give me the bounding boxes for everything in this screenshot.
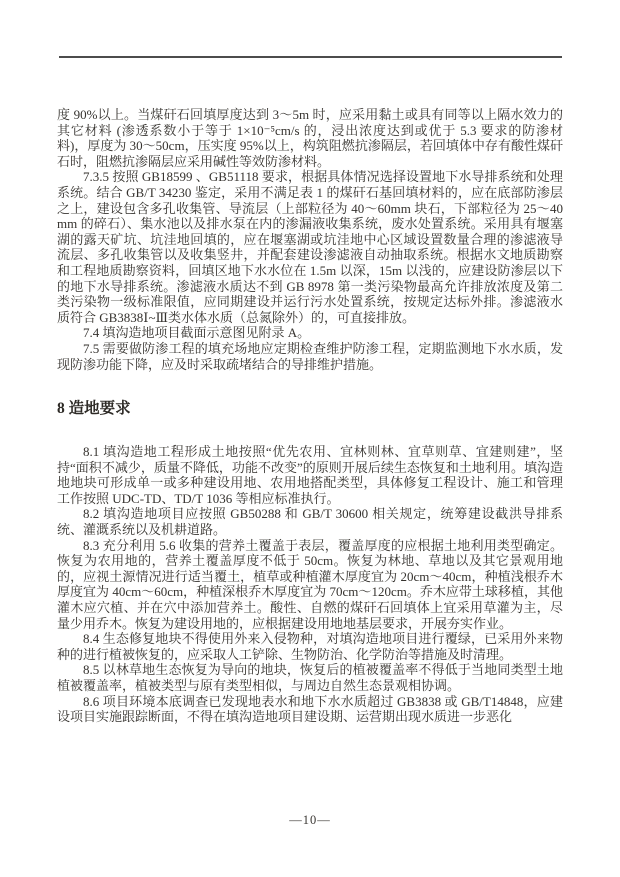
paragraph-8-5: 8.5 以林草地生态恢复为导向的地块，恢复后的植被覆盖率不得低于当地同类型土地植… [57, 662, 563, 693]
paragraph-7-3-4-continuation: 度 90%以上。当煤矸石回填厚度达到 3～5m 时，应采用黏土或具有同等以上隔水… [57, 107, 563, 169]
paragraph-8-4: 8.4 生态修复地块不得使用外来入侵物种，对填沟造地项目进行覆绿，已采用外来物种… [57, 631, 563, 662]
page-number: —10— [0, 813, 620, 828]
page-content: 度 90%以上。当煤矸石回填厚度达到 3～5m 时，应采用黏土或具有同等以上隔水… [57, 107, 563, 725]
paragraph-8-3: 8.3 充分利用 5.6 收集的营养土覆盖于表层，覆盖厚度的应根据土地利用类型确… [57, 538, 563, 632]
section-8-heading: 8 造地要求 [57, 399, 563, 419]
paragraph-7-5: 7.5 需要做防渗工程的填充场地应定期检查维护防渗工程，定期监测地下水水质，发现… [57, 341, 563, 372]
paragraph-7-3-5: 7.3.5 按照 GB18599 、GB51118 要求，根据具体情况选择设置地… [57, 169, 563, 325]
document-page: 度 90%以上。当煤矸石回填厚度达到 3～5m 时，应采用黏土或具有同等以上隔水… [0, 0, 620, 877]
paragraph-8-1: 8.1 填沟造地工程形成土地按照“优先农用、宜林则林、宜草则草、宜建则建”，坚持… [57, 444, 563, 506]
header-rule [59, 56, 562, 58]
paragraph-7-4: 7.4 填沟造地项目截面示意图见附录 A。 [57, 325, 563, 341]
paragraph-8-6: 8.6 项目环境本底调查已发现地表水和地下水水质超过 GB3838 或 GB/T… [57, 694, 563, 725]
paragraph-8-2: 8.2 填沟造地项目应按照 GB50288 和 GB/T 30600 相关规定，… [57, 506, 563, 537]
